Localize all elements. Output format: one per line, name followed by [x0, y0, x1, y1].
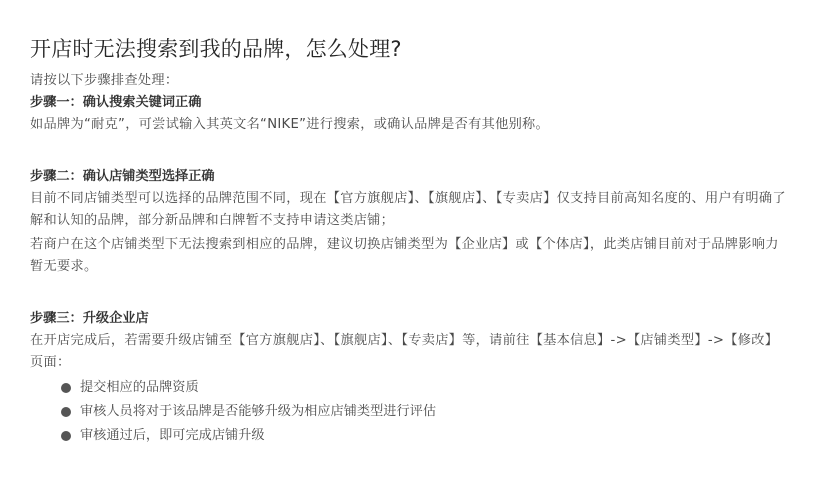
step-three-section: 步骤三：升级企业店 在开店完成后，若需要升级店铺至【官方旗舰店】、【旗舰店】、【…	[30, 308, 790, 374]
page-title: 开店时无法搜索到我的品牌，怎么处理?	[30, 34, 402, 64]
step-two-paragraph-2: 若商户在这个店铺类型下无法搜索到相应的品牌，建议切换店铺类型为【企业店】或【个体…	[30, 234, 790, 278]
bullet-text: 提交相应的品牌资质	[80, 380, 199, 395]
bullet-dot-icon	[61, 383, 71, 393]
bullet-text: 审核通过后，即可完成店铺升级	[80, 428, 265, 443]
step-three-paragraph: 在开店完成后，若需要升级店铺至【官方旗舰店】、【旗舰店】、【专卖店】等，请前往【…	[30, 330, 790, 374]
bullet-item: 审核通过后，即可完成店铺升级	[60, 424, 436, 448]
bullet-dot-icon	[61, 431, 71, 441]
step-one-paragraph: 如品牌为“耐克”，可尝试输入其英文名“NIKE”进行搜索，或确认品牌是否有其他别…	[30, 114, 790, 136]
step-two-section: 步骤二：确认店铺类型选择正确 目前不同店铺类型可以选择的品牌范围不同，现在【官方…	[30, 166, 790, 278]
step-three-heading: 步骤三：升级企业店	[30, 308, 790, 330]
step-two-heading: 步骤二：确认店铺类型选择正确	[30, 166, 790, 188]
bullet-item: 审核人员将对于该品牌是否能够升级为相应店铺类型进行评估	[60, 400, 436, 424]
intro-text: 请按以下步骤排查处理：	[30, 70, 790, 92]
step-one-heading: 步骤一：确认搜索关键词正确	[30, 92, 790, 114]
bullet-item: 提交相应的品牌资质	[60, 376, 436, 400]
bullet-text: 审核人员将对于该品牌是否能够升级为相应店铺类型进行评估	[80, 404, 436, 419]
step-three-bullet-list: 提交相应的品牌资质 审核人员将对于该品牌是否能够升级为相应店铺类型进行评估 审核…	[60, 376, 436, 448]
step-one-section: 请按以下步骤排查处理： 步骤一：确认搜索关键词正确 如品牌为“耐克”，可尝试输入…	[30, 70, 790, 136]
bullet-dot-icon	[61, 407, 71, 417]
step-two-paragraph-1: 目前不同店铺类型可以选择的品牌范围不同，现在【官方旗舰店】、【旗舰店】、【专卖店…	[30, 188, 790, 232]
